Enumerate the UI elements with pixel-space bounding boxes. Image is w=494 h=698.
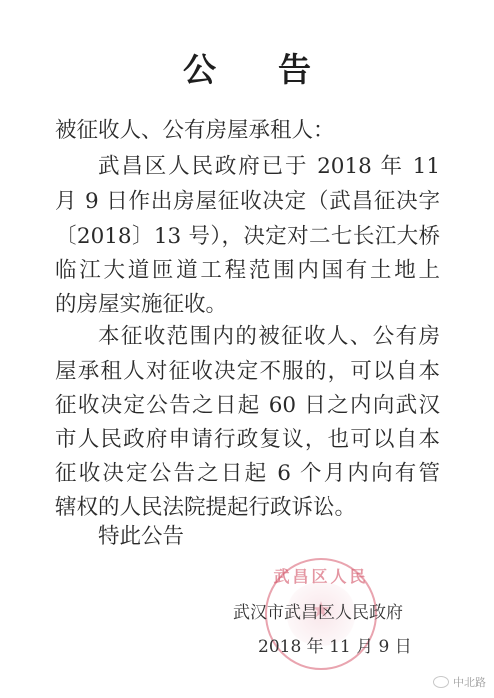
paragraph2-line: 征收决定公告之日起 6 个月内向有管 bbox=[55, 459, 440, 489]
paragraph2-line: 本征收范围内的被征收人、公有房 bbox=[98, 322, 440, 352]
paragraph2-line: 屋承租人对征收决定不服的，可以自本 bbox=[55, 357, 440, 387]
paragraph2-line: 征收决定公告之日起 60 日之内向武汉 bbox=[55, 391, 440, 421]
watermark: 中北路 bbox=[433, 674, 486, 690]
watermark-text: 中北路 bbox=[453, 674, 486, 690]
salutation: 被征收人、公有房屋承租人： bbox=[55, 116, 440, 146]
paragraph2-line: 辖权的人民法院提起行政诉讼。 bbox=[55, 493, 440, 523]
wechat-icon bbox=[433, 676, 449, 688]
issue-date: 2018 年 11 月 9 日 bbox=[258, 632, 412, 657]
paragraph1-line: 的房屋实施征收。 bbox=[55, 290, 440, 320]
notice-title: 公告 bbox=[0, 44, 494, 91]
paragraph2-line: 市人民政府申请行政复议，也可以自本 bbox=[55, 425, 440, 455]
paragraph1-line: 月 9 日作出房屋征收决定（武昌征决字 bbox=[55, 187, 440, 217]
closing-text: 特此公告 bbox=[98, 522, 483, 552]
paragraph1-line: 武昌区人民政府已于 2018 年 11 bbox=[98, 152, 440, 182]
issuer-name: 武汉市武昌区人民政府 bbox=[233, 598, 403, 623]
paragraph1-line: 临江大道匝道工程范围内国有土地上 bbox=[55, 256, 440, 286]
paragraph1-line: 〔2018〕13 号），决定对二七长江大桥 bbox=[55, 222, 440, 252]
